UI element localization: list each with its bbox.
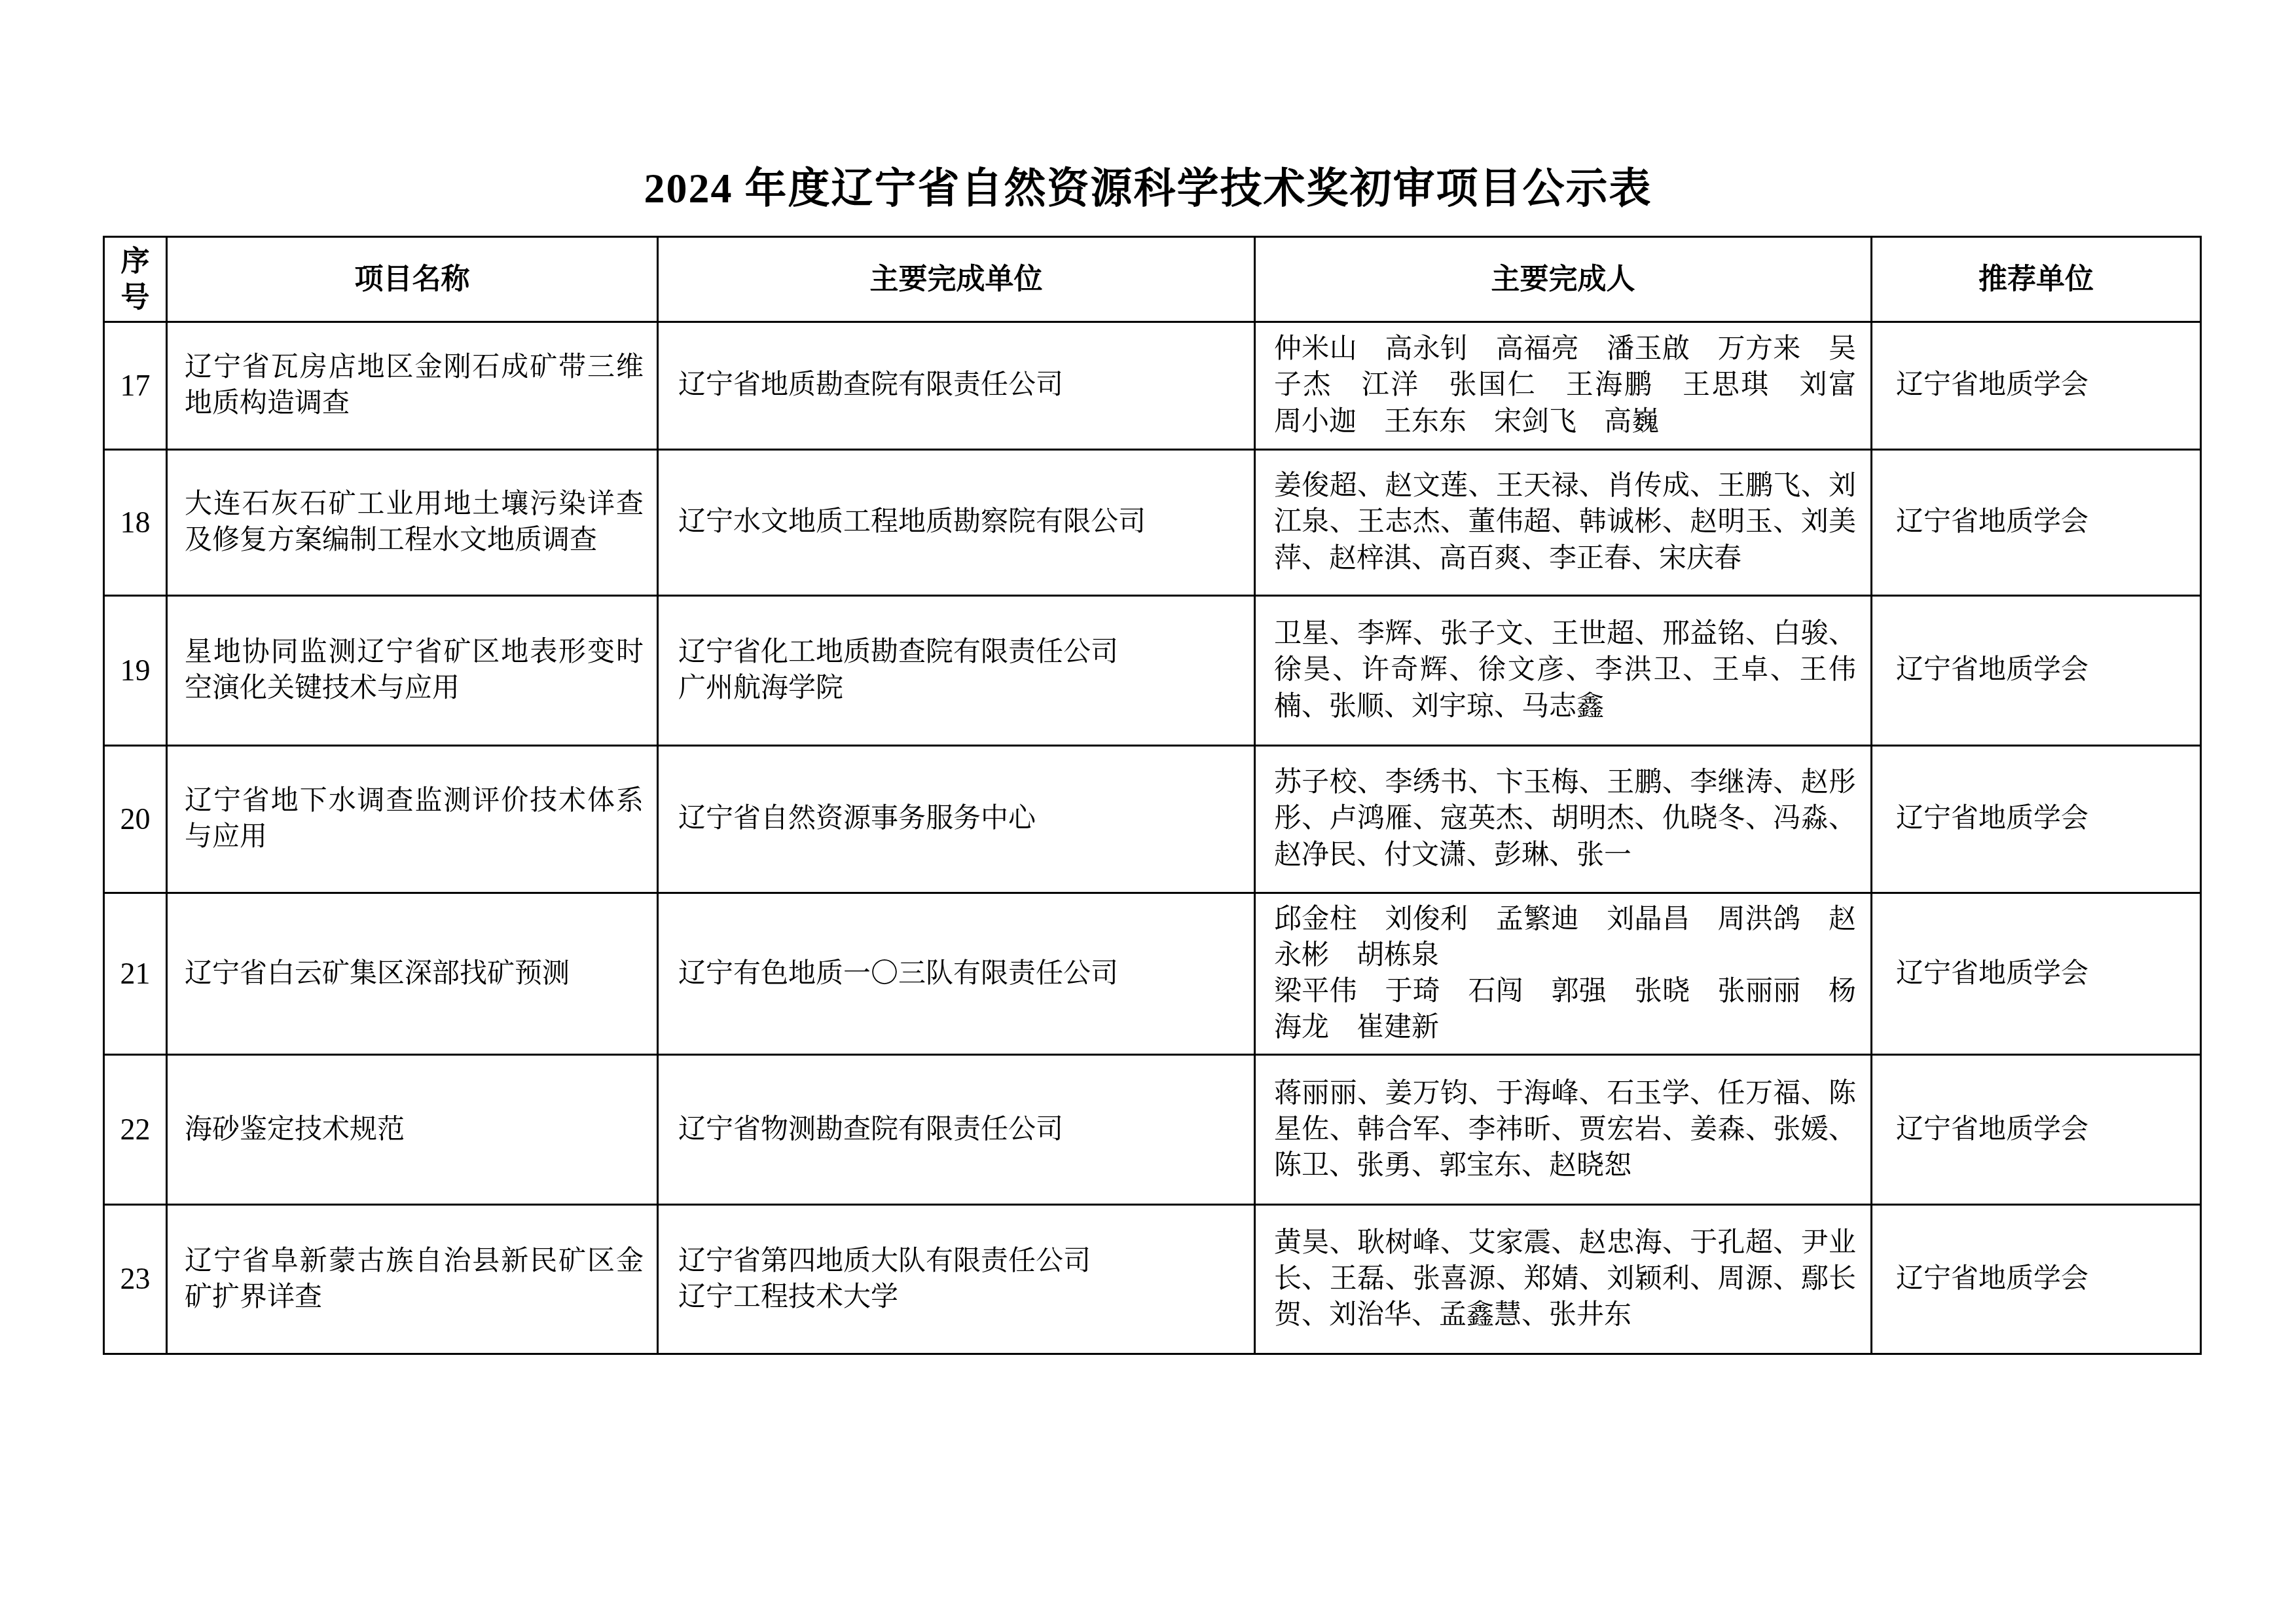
project-name: 辽宁省瓦房店地区金刚石成矿带三维地质构造调查 [167,322,658,450]
completers: 苏子校、李绣书、卞玉梅、王鹏、李继涛、赵彤彤、卢鸿雁、寇英杰、胡明杰、仇晓冬、冯… [1255,746,1872,893]
table-row: 18 大连石灰石矿工业用地土壤污染详查及修复方案编制工程水文地质调查 辽宁水文地… [104,450,2201,596]
row-number: 19 [104,596,167,746]
completers: 邱金柱 刘俊利 孟繁迪 刘晶昌 周洪鸽 赵永彬 胡栋泉 梁平伟 于琦 石闯 郭强… [1255,893,1872,1055]
project-name: 大连石灰石矿工业用地土壤污染详查及修复方案编制工程水文地质调查 [167,450,658,596]
header-row: 序号 项目名称 主要完成单位 主要完成人 推荐单位 [104,237,2201,322]
award-table: 序号 项目名称 主要完成单位 主要完成人 推荐单位 17 辽宁省瓦房店地区金刚石… [103,236,2202,1355]
project-name: 辽宁省地下水调查监测评价技术体系与应用 [167,746,658,893]
recommender-unit: 辽宁省地质学会 [1872,1055,2201,1205]
header-cell-units: 主要完成单位 [658,237,1255,322]
header-cell-people: 主要完成人 [1255,237,1872,322]
row-number: 23 [104,1205,167,1354]
completers: 黄昊、耿树峰、艾家震、赵忠海、于孔超、尹业长、王磊、张喜源、郑婧、刘颖利、周源、… [1255,1205,1872,1354]
completers: 仲米山 高永钊 高福亮 潘玉啟 万方来 吴子杰 江洋 张国仁 王海鹏 王思琪 刘… [1255,322,1872,450]
project-name: 海砂鉴定技术规范 [167,1055,658,1205]
completers: 姜俊超、赵文莲、王天禄、肖传成、王鹏飞、刘江泉、王志杰、董伟超、韩诚彬、赵明玉、… [1255,450,1872,596]
table-row: 19 星地协同监测辽宁省矿区地表形变时空演化关键技术与应用 辽宁省化工地质勘查院… [104,596,2201,746]
row-number: 21 [104,893,167,1055]
table-row: 22 海砂鉴定技术规范 辽宁省物测勘查院有限责任公司 蒋丽丽、姜万钧、于海峰、石… [104,1055,2201,1205]
completing-units: 辽宁省化工地质勘查院有限责任公司 广州航海学院 [658,596,1255,746]
table-row: 17 辽宁省瓦房店地区金刚石成矿带三维地质构造调查 辽宁省地质勘查院有限责任公司… [104,322,2201,450]
document-page: { "page": { "title": "2024 年度辽宁省自然资源科学技术… [0,0,2296,1624]
recommender-unit: 辽宁省地质学会 [1872,322,2201,450]
completing-units: 辽宁省物测勘查院有限责任公司 [658,1055,1255,1205]
recommender-unit: 辽宁省地质学会 [1872,893,2201,1055]
table-row: 21 辽宁省白云矿集区深部找矿预测 辽宁有色地质一〇三队有限责任公司 邱金柱 刘… [104,893,2201,1055]
completing-units: 辽宁省第四地质大队有限责任公司 辽宁工程技术大学 [658,1205,1255,1354]
recommender-unit: 辽宁省地质学会 [1872,1205,2201,1354]
completing-units: 辽宁省地质勘查院有限责任公司 [658,322,1255,450]
row-number: 22 [104,1055,167,1205]
project-name: 星地协同监测辽宁省矿区地表形变时空演化关键技术与应用 [167,596,658,746]
completing-units: 辽宁水文地质工程地质勘察院有限公司 [658,450,1255,596]
row-number: 20 [104,746,167,893]
recommender-unit: 辽宁省地质学会 [1872,450,2201,596]
header-cell-recommender: 推荐单位 [1872,237,2201,322]
recommender-unit: 辽宁省地质学会 [1872,746,2201,893]
completers: 蒋丽丽、姜万钧、于海峰、石玉学、任万福、陈星佐、韩合军、李祎昕、贾宏岩、姜森、张… [1255,1055,1872,1205]
completing-units: 辽宁有色地质一〇三队有限责任公司 [658,893,1255,1055]
recommender-unit: 辽宁省地质学会 [1872,596,2201,746]
table-row: 20 辽宁省地下水调查监测评价技术体系与应用 辽宁省自然资源事务服务中心 苏子校… [104,746,2201,893]
header-cell-no: 序号 [104,237,167,322]
row-number: 18 [104,450,167,596]
project-name: 辽宁省阜新蒙古族自治县新民矿区金矿扩界详查 [167,1205,658,1354]
completers: 卫星、李辉、张子文、王世超、邢益铭、白骏、徐昊、许奇辉、徐文彦、李洪卫、王卓、王… [1255,596,1872,746]
header-cell-project: 项目名称 [167,237,658,322]
table-row: 23 辽宁省阜新蒙古族自治县新民矿区金矿扩界详查 辽宁省第四地质大队有限责任公司… [104,1205,2201,1354]
project-name: 辽宁省白云矿集区深部找矿预测 [167,893,658,1055]
row-number: 17 [104,322,167,450]
page-title: 2024 年度辽宁省自然资源科学技术奖初审项目公示表 [0,155,2296,215]
completing-units: 辽宁省自然资源事务服务中心 [658,746,1255,893]
